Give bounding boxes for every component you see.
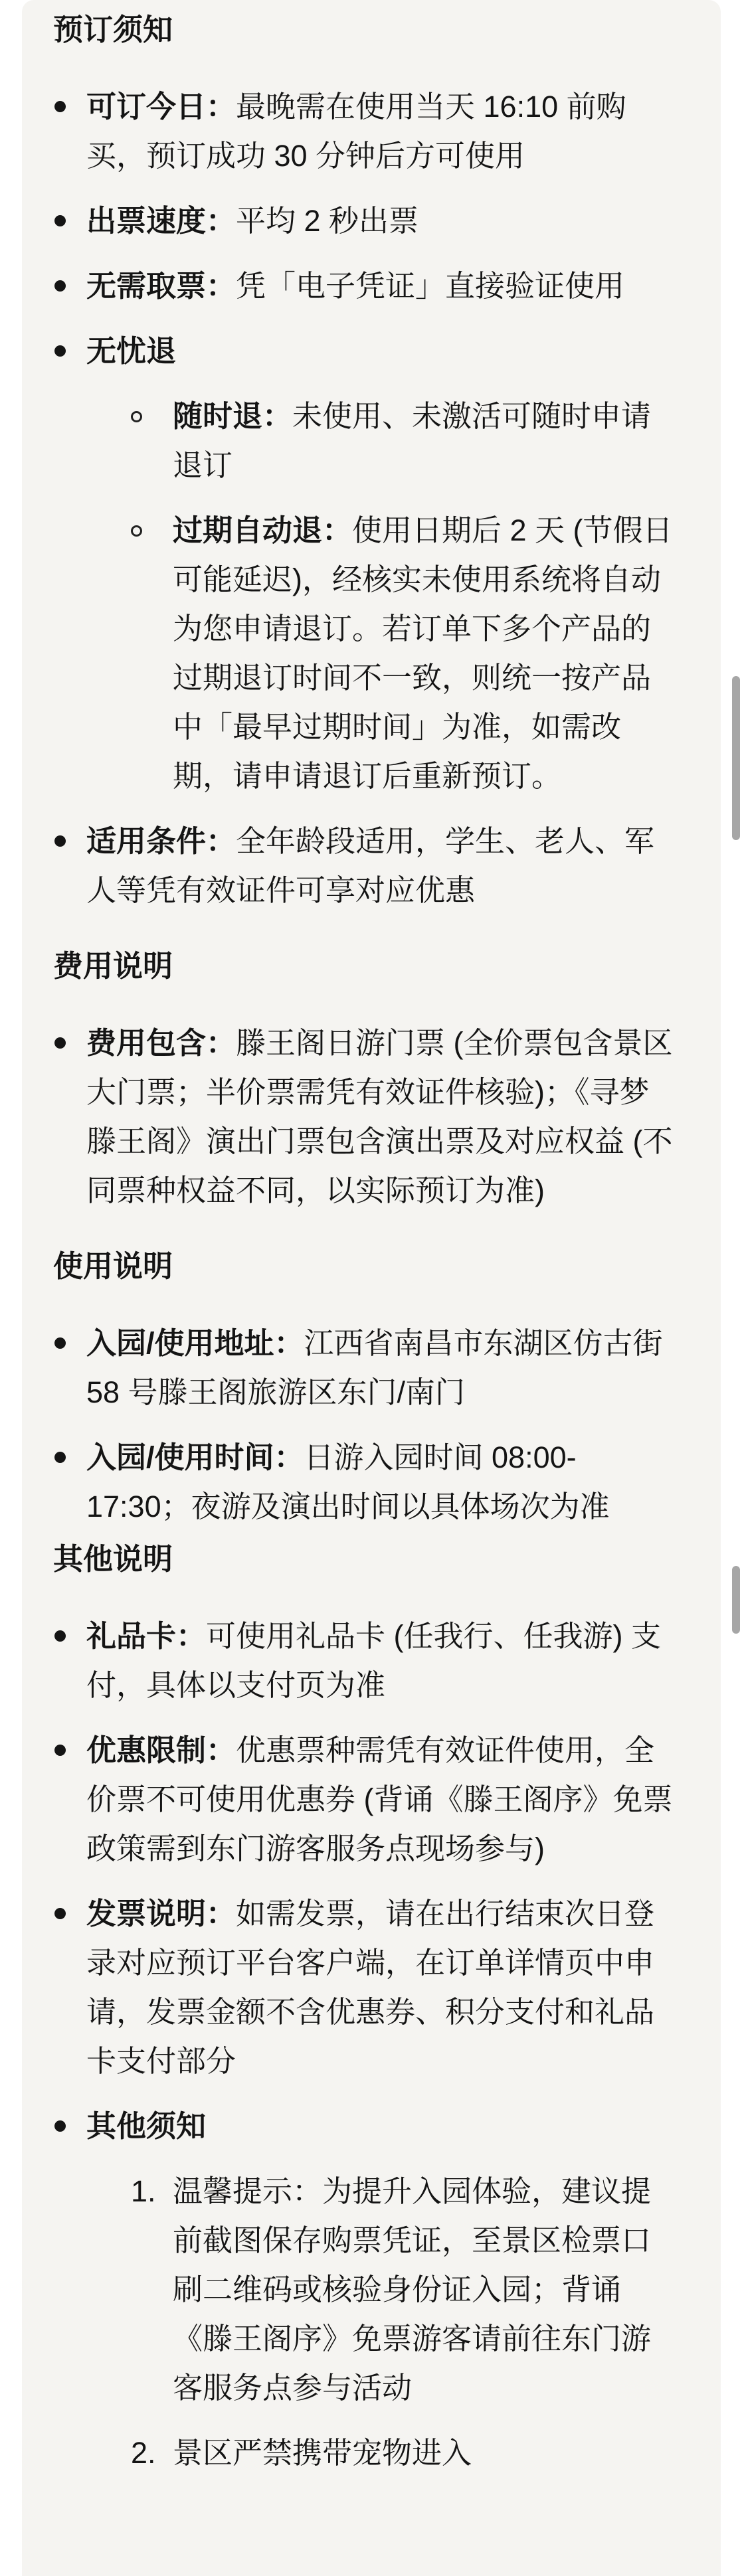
item-label: 入园/使用地址： <box>86 1326 304 1360</box>
sub-list-item: 过期自动退：使用日期后 2 天 (节假日可能延迟)，经核实未使用系统将自动为您申… <box>53 506 674 801</box>
item-text: 使用日期后 2 天 (节假日可能延迟)，经核实未使用系统将自动为您申请退订。若订… <box>173 513 673 793</box>
bullet-dot-icon <box>54 1908 66 1919</box>
numbered-item: 2.景区严禁携带宠物进入 <box>53 2429 674 2478</box>
list-item: 无忧退 <box>53 327 674 376</box>
scrollbar-thumb[interactable] <box>732 676 740 840</box>
item-label: 随时退： <box>173 399 292 433</box>
list-item: 发票说明：如需发票，请在出行结束次日登录对应预订平台客户端，在订单详情页中申请，… <box>53 1889 674 2086</box>
list-item: 其他须知 <box>53 2102 674 2151</box>
section: 预订须知可订今日：最晚需在使用当天 16:10 前购买，预订成功 30 分钟后方… <box>53 5 674 915</box>
item-label: 其他须知 <box>86 2109 206 2143</box>
sub-list-item: 随时退：未使用、未激活可随时申请退订 <box>53 392 674 490</box>
item-label: 出票速度： <box>86 204 236 238</box>
bullet-dot-icon <box>54 101 66 112</box>
item-label: 礼品卡： <box>86 1619 206 1653</box>
section: 其他说明礼品卡：可使用礼品卡 (任我行、任我游) 支付，具体以支付页为准优惠限制… <box>53 1535 674 2478</box>
section-heading: 其他说明 <box>53 1535 674 1584</box>
list-item: 出票速度：平均 2 秒出票 <box>53 197 674 246</box>
bullet-dot-icon <box>54 1745 66 1756</box>
bullet-dot-icon <box>54 215 66 226</box>
list-item: 优惠限制：优惠票种需凭有效证件使用，全价票不可使用优惠券 (背诵《滕王阁序》免票… <box>53 1726 674 1873</box>
list-item: 适用条件：全年龄段适用，学生、老人、军人等凭有效证件可享对应优惠 <box>53 817 674 915</box>
bullet-dot-icon <box>54 1452 66 1463</box>
bullet-dot-icon <box>54 280 66 292</box>
item-label: 无需取票： <box>86 269 236 303</box>
item-label: 入园/使用时间： <box>86 1440 304 1474</box>
item-text: 凭「电子凭证」直接验证使用 <box>236 269 624 303</box>
item-number: 1. <box>131 2167 156 2216</box>
item-label: 优惠限制： <box>86 1733 236 1767</box>
list-item: 礼品卡：可使用礼品卡 (任我行、任我游) 支付，具体以支付页为准 <box>53 1612 674 1710</box>
section: 使用说明入园/使用地址：江西省南昌市东湖区仿古街 58 号滕王阁旅游区东门/南门… <box>53 1242 674 1531</box>
item-text: 平均 2 秒出票 <box>236 204 418 238</box>
list-item: 可订今日：最晚需在使用当天 16:10 前购买，预订成功 30 分钟后方可使用 <box>53 82 674 181</box>
item-label: 费用包含： <box>86 1026 236 1060</box>
bullet-dot-icon <box>54 1630 66 1642</box>
section-heading: 使用说明 <box>53 1242 674 1291</box>
item-label: 过期自动退： <box>173 513 352 547</box>
scrollbar-thumb[interactable] <box>732 1566 740 1634</box>
list-item: 入园/使用时间：日游入园时间 08:00-17:30；夜游及演出时间以具体场次为… <box>53 1433 674 1531</box>
item-text: 景区严禁携带宠物进入 <box>173 2436 472 2470</box>
circle-bullet-icon <box>131 411 142 422</box>
section: 费用说明费用包含：滕王阁日游门票 (全价票包含景区大门票；半价票需凭有效证件核验… <box>53 942 674 1215</box>
item-number: 2. <box>131 2429 156 2478</box>
circle-bullet-icon <box>131 525 142 537</box>
bullet-dot-icon <box>54 1037 66 1049</box>
section-heading: 费用说明 <box>53 942 674 991</box>
list-item: 无需取票：凭「电子凭证」直接验证使用 <box>53 262 674 311</box>
bullet-dot-icon <box>54 345 66 357</box>
notice-page: 预订须知可订今日：最晚需在使用当天 16:10 前购买，预订成功 30 分钟后方… <box>0 0 744 2576</box>
item-label: 可订今日： <box>86 90 236 124</box>
item-label: 发票说明： <box>86 1897 236 1931</box>
item-text: 温馨提示：为提升入园体验，建议提前截图保存购票凭证，至景区检票口刷二维码或核验身… <box>173 2174 651 2405</box>
numbered-item: 1.温馨提示：为提升入园体验，建议提前截图保存购票凭证，至景区检票口刷二维码或核… <box>53 2167 674 2413</box>
item-label: 无忧退 <box>86 334 176 368</box>
list-item: 费用包含：滕王阁日游门票 (全价票包含景区大门票；半价票需凭有效证件核验)；《寻… <box>53 1019 674 1215</box>
bullet-dot-icon <box>54 835 66 847</box>
item-label: 适用条件： <box>86 824 236 858</box>
section-heading: 预订须知 <box>53 5 674 54</box>
bullet-dot-icon <box>54 2120 66 2132</box>
bullet-dot-icon <box>54 1337 66 1349</box>
notice-card: 预订须知可订今日：最晚需在使用当天 16:10 前购买，预订成功 30 分钟后方… <box>22 0 721 2576</box>
list-item: 入园/使用地址：江西省南昌市东湖区仿古街 58 号滕王阁旅游区东门/南门 <box>53 1319 674 1417</box>
